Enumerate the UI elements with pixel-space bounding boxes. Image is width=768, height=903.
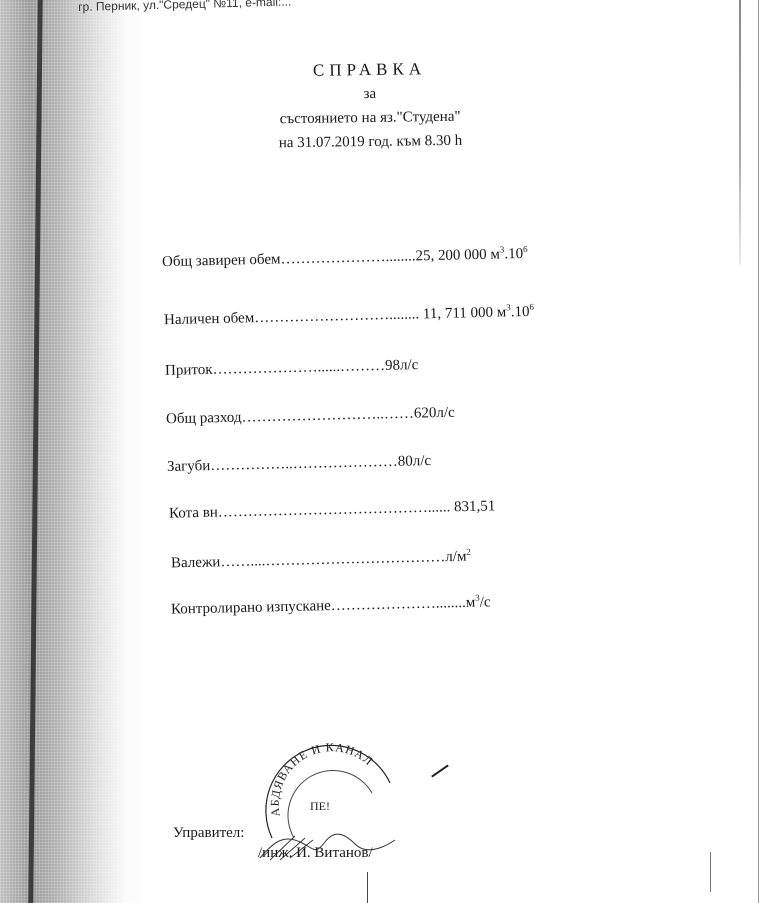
leader-dots: …………………........ [280,248,415,267]
row-label: Кота вн [169,505,218,522]
header-line-3: на 31.07.2019 год. към 8.30 h [230,130,510,154]
row-total-volume: Общ завирен обем…………………........25, 200 0… [162,244,528,271]
stamp-center-text: ПЕ! [310,799,330,813]
document-title: СПРАВКА [229,58,509,82]
row-value: 11, 711 000 м [423,304,507,322]
row-total-outflow: Общ разход………………………..……620л/с [166,405,455,429]
page-edge-line [758,0,759,903]
row-value-suffix: .10 [511,304,530,320]
row-label: Валежи [171,554,221,571]
row-value-suffix: .10 [504,246,523,262]
leader-dots: ………………………..…… [241,406,414,426]
row-value: 80л/с [398,453,432,470]
signature-label: Управител: [173,825,244,842]
row-controlled-release: Контролирано изпускане…………………........м3/… [171,592,491,618]
row-value: 831,51 [454,498,496,515]
leader-dots: …………………......……… [212,358,385,378]
pen-mark [431,764,449,777]
superscript: 2 [466,547,471,557]
row-precipitation: Валежи……....………………………………л/м2 [171,547,471,573]
header-line-1: за [230,82,510,106]
header-line-2: състоянието на яз."Студена" [230,106,510,130]
leader-dots: …………………........ [331,595,466,614]
row-available-volume: Наличен обем………………………........ 11, 711 00… [164,302,534,329]
row-label: Наличен обем [164,310,255,328]
row-value: 25, 200 000 м [415,246,500,264]
row-label: Контролирано изпускане [171,598,331,618]
leader-dots: ……………………………………...... [218,499,455,520]
row-label: Общ разход [166,410,242,428]
document-header: СПРАВКА за състоянието на яз."Студена" н… [229,58,510,154]
row-value: л/м [445,549,467,565]
scan-shadow [0,0,150,903]
page-edge-line [739,0,741,265]
row-value-suffix: /с [480,594,491,610]
row-value: 98л/с [385,357,419,374]
row-water-level: Кота вн……………………………………...... 831,51 [169,498,496,522]
margin-mark [367,872,368,903]
letterhead-address: гр. Перник, ул."Средец" №11, e-mail:... [78,0,291,14]
row-inflow: Приток…………………......………98л/с [165,357,419,380]
superscript: 6 [529,302,534,312]
leader-dots: ……………..………………… [210,454,398,474]
row-label: Общ завирен обем [162,251,281,270]
row-value: 620л/с [414,405,455,422]
leader-dots: ……....……………………………… [220,549,445,570]
row-label: Приток [165,362,213,379]
margin-mark [710,852,711,892]
leader-dots: ………………………........ [254,306,423,326]
row-label: Загуби [167,458,211,475]
signatory-name: /инж. И. Витанов/ [258,845,373,862]
superscript: 6 [523,244,528,254]
row-losses: Загуби……………..…………………80л/с [167,453,431,476]
